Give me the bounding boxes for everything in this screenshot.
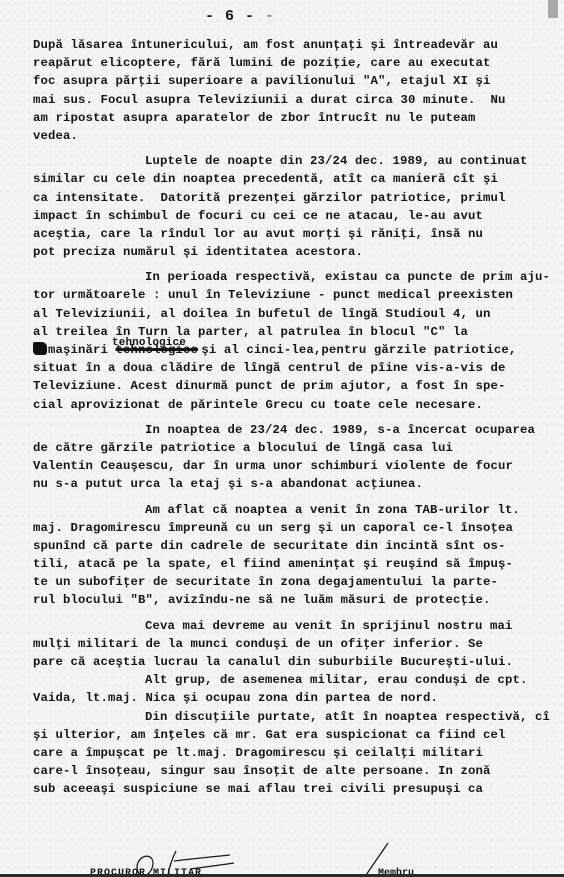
text-line: tili, atacă pe la spate, el fiind amenin… (33, 555, 563, 573)
text-line: Din discuţiile purtate, atît în noaptea … (33, 708, 563, 726)
text-line: te un subofiţer de securitate în zona de… (33, 573, 563, 591)
text-line: vedea. (33, 127, 563, 145)
text-line: Valentin Ceauşescu, dar în urma unor sch… (33, 457, 563, 475)
document-body: După lăsarea întunericului, am fost anun… (33, 36, 563, 799)
text-line: foc asupra părţii superioare a pavilionu… (33, 72, 563, 90)
scan-artifact (548, 0, 558, 18)
text-line: care a împuşcat pe lt.maj. Dragomirescu … (33, 744, 563, 762)
paragraph-gap (33, 494, 563, 501)
text-line: similar cu cele din noaptea precedentă, … (33, 170, 563, 188)
text-line: Vaida, lt.maj. Nica şi ocupau zona din p… (33, 689, 563, 707)
page-number: - 6 -- (205, 8, 275, 25)
paragraph-gap (33, 414, 563, 421)
text-line: maşinări tehnologicetehnologice şi al ci… (33, 341, 563, 359)
text-line: am ripostat asupra aparatelor de zbor în… (33, 109, 563, 127)
text-line: mulţi militari de la munci conduşi de un… (33, 635, 563, 653)
text-line: al Televiziunii, al doilea în bufetul de… (33, 305, 563, 323)
text-line: tor următoarele : unul în Televiziune - … (33, 286, 563, 304)
text-line: nu s-a putut urca la etaj şi s-a abandon… (33, 475, 563, 493)
text-line: Luptele de noapte din 23/24 dec. 1989, a… (33, 152, 563, 170)
page-number-dash: - (265, 8, 275, 25)
page-number-text: - 6 - (205, 8, 255, 25)
text-line: impact în schimbul de focuri cu cei ce n… (33, 207, 563, 225)
text-line: de către gărzile patriotice a blocului d… (33, 439, 563, 457)
inserted-correction: tehnologice (112, 337, 186, 349)
text-line: spunînd că parte din cadrele de securita… (33, 537, 563, 555)
text-line: In perioada respectivă, existau ca punct… (33, 268, 563, 286)
document-page: - 6 -- După lăsarea întunericului, am fo… (0, 0, 564, 877)
text-line: Ceva mai devreme au venit în sprijinul n… (33, 617, 563, 635)
text-line: rul blocului "B", avizîndu-ne să ne luăm… (33, 591, 563, 609)
text-line: mai sus. Focul asupra Televiziunii a dur… (33, 91, 563, 109)
text-line: reapărut elicoptere, fără lumini de pozi… (33, 54, 563, 72)
text-line: Alt grup, de asemenea militar, erau cond… (33, 671, 563, 689)
correction-suffix: şi al cinci-lea,pentru gărzile patriotic… (194, 343, 516, 357)
text-line: maj. Dragomirescu împreună cu un serg şi… (33, 519, 563, 537)
text-line: pot preciza numărul şi identitatea acest… (33, 243, 563, 261)
correction-prefix: maşinări (48, 343, 116, 357)
text-line: Am aflat că noaptea a venit în zona TAB-… (33, 501, 563, 519)
paragraph-gap (33, 145, 563, 152)
paragraph-gap (33, 610, 563, 617)
ink-blot (33, 342, 47, 355)
text-line: In noaptea de 23/24 dec. 1989, s-a încer… (33, 421, 563, 439)
text-line: sub aceeaşi suspiciune se mai aflau trei… (33, 780, 563, 798)
text-line: După lăsarea întunericului, am fost anun… (33, 36, 563, 54)
text-line: care-l însoţeau, singur sau însoţit de a… (33, 762, 563, 780)
text-line: ca intensitate. Datorită prezenţei gărzi… (33, 189, 563, 207)
text-line: şi ulterior, am înţeles că mr. Gat era s… (33, 726, 563, 744)
text-line: Televiziune. Acest dinurmă punct de prim… (33, 377, 563, 395)
paragraph-gap (33, 261, 563, 268)
text-line: situat în a doua clădire de lîngă centru… (33, 359, 563, 377)
text-line: pare că aceştia lucrau la canalul din su… (33, 653, 563, 671)
text-line: aceştia, care la rîndul lor au avut morţ… (33, 225, 563, 243)
text-line: cial aprovizionat de părintele Grecu cu … (33, 396, 563, 414)
